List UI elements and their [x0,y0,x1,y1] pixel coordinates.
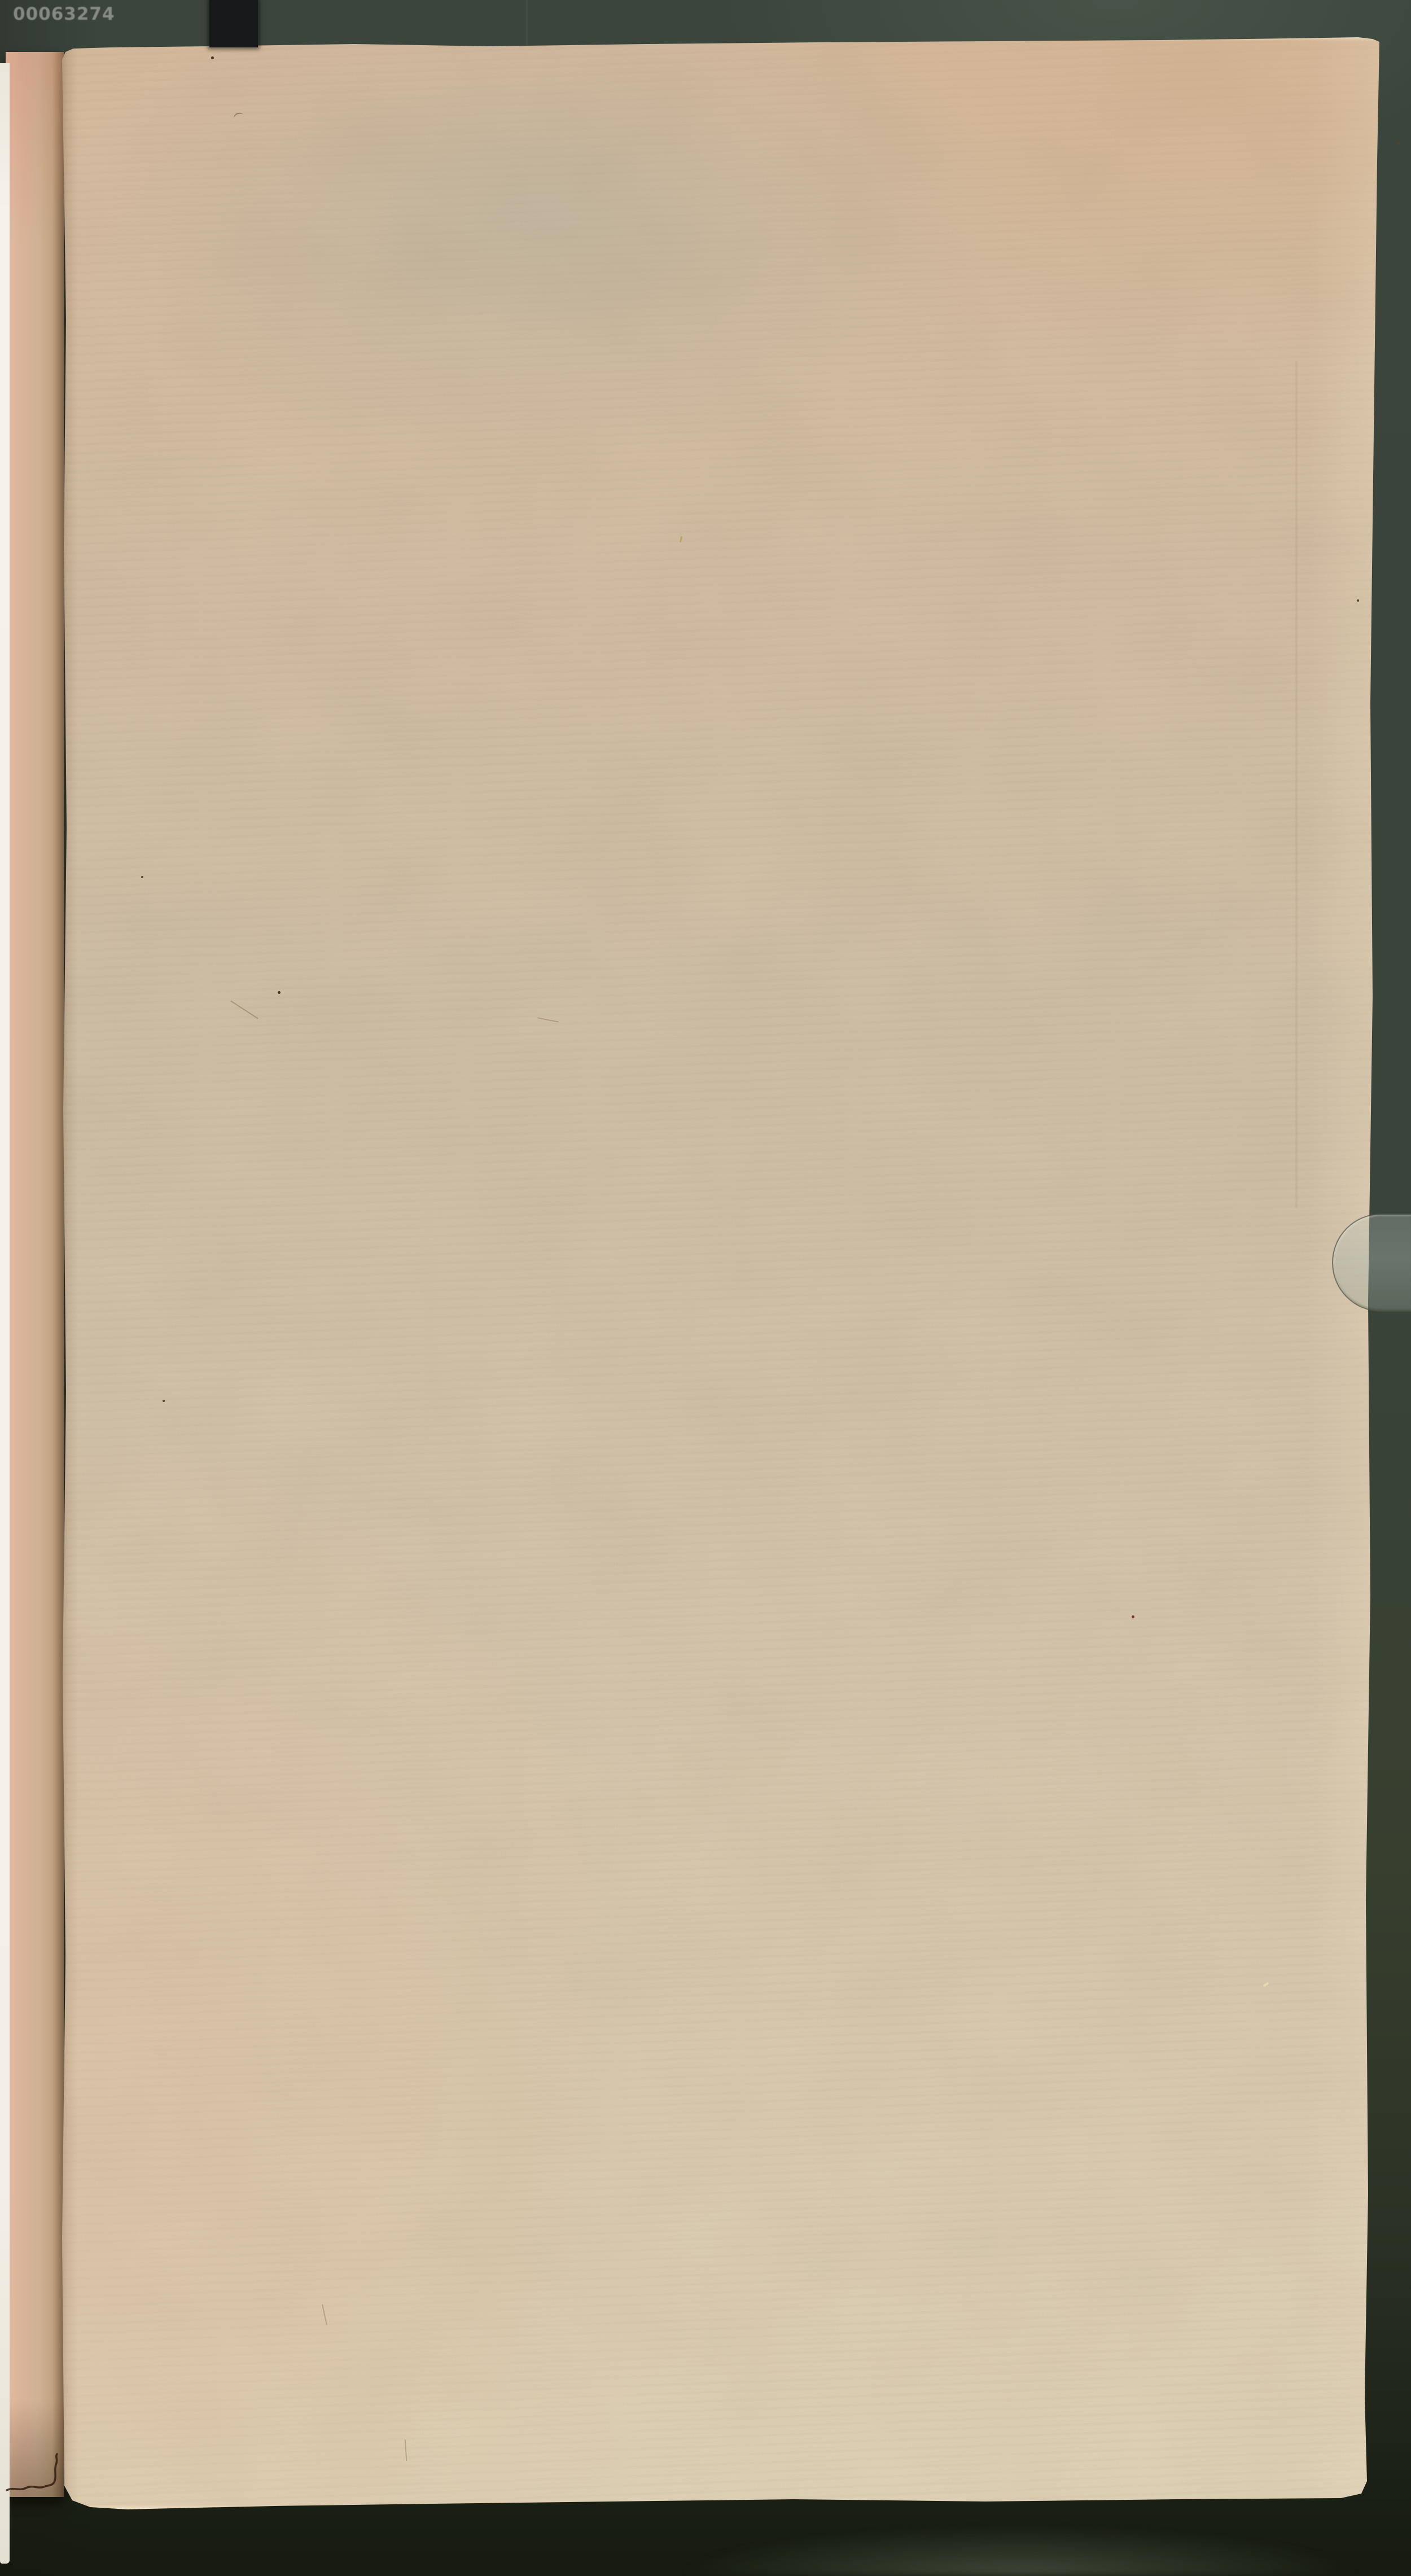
blank-book-page [60,37,1382,2511]
page-show-through-crease [1296,361,1297,1208]
scan-id-watermark: 00063274 [13,4,115,24]
paper-grain-texture [60,37,1382,2511]
backdrop-seam [526,0,528,49]
book-block-edge-highlight [0,63,10,2564]
backdrop-notch [209,0,258,47]
backdrop-reflection [638,2518,1371,2576]
ink-squiggle-mark [5,2453,68,2499]
underlying-page-edges [6,52,64,2497]
book-scan-root: 00063274 [0,0,1411,2576]
